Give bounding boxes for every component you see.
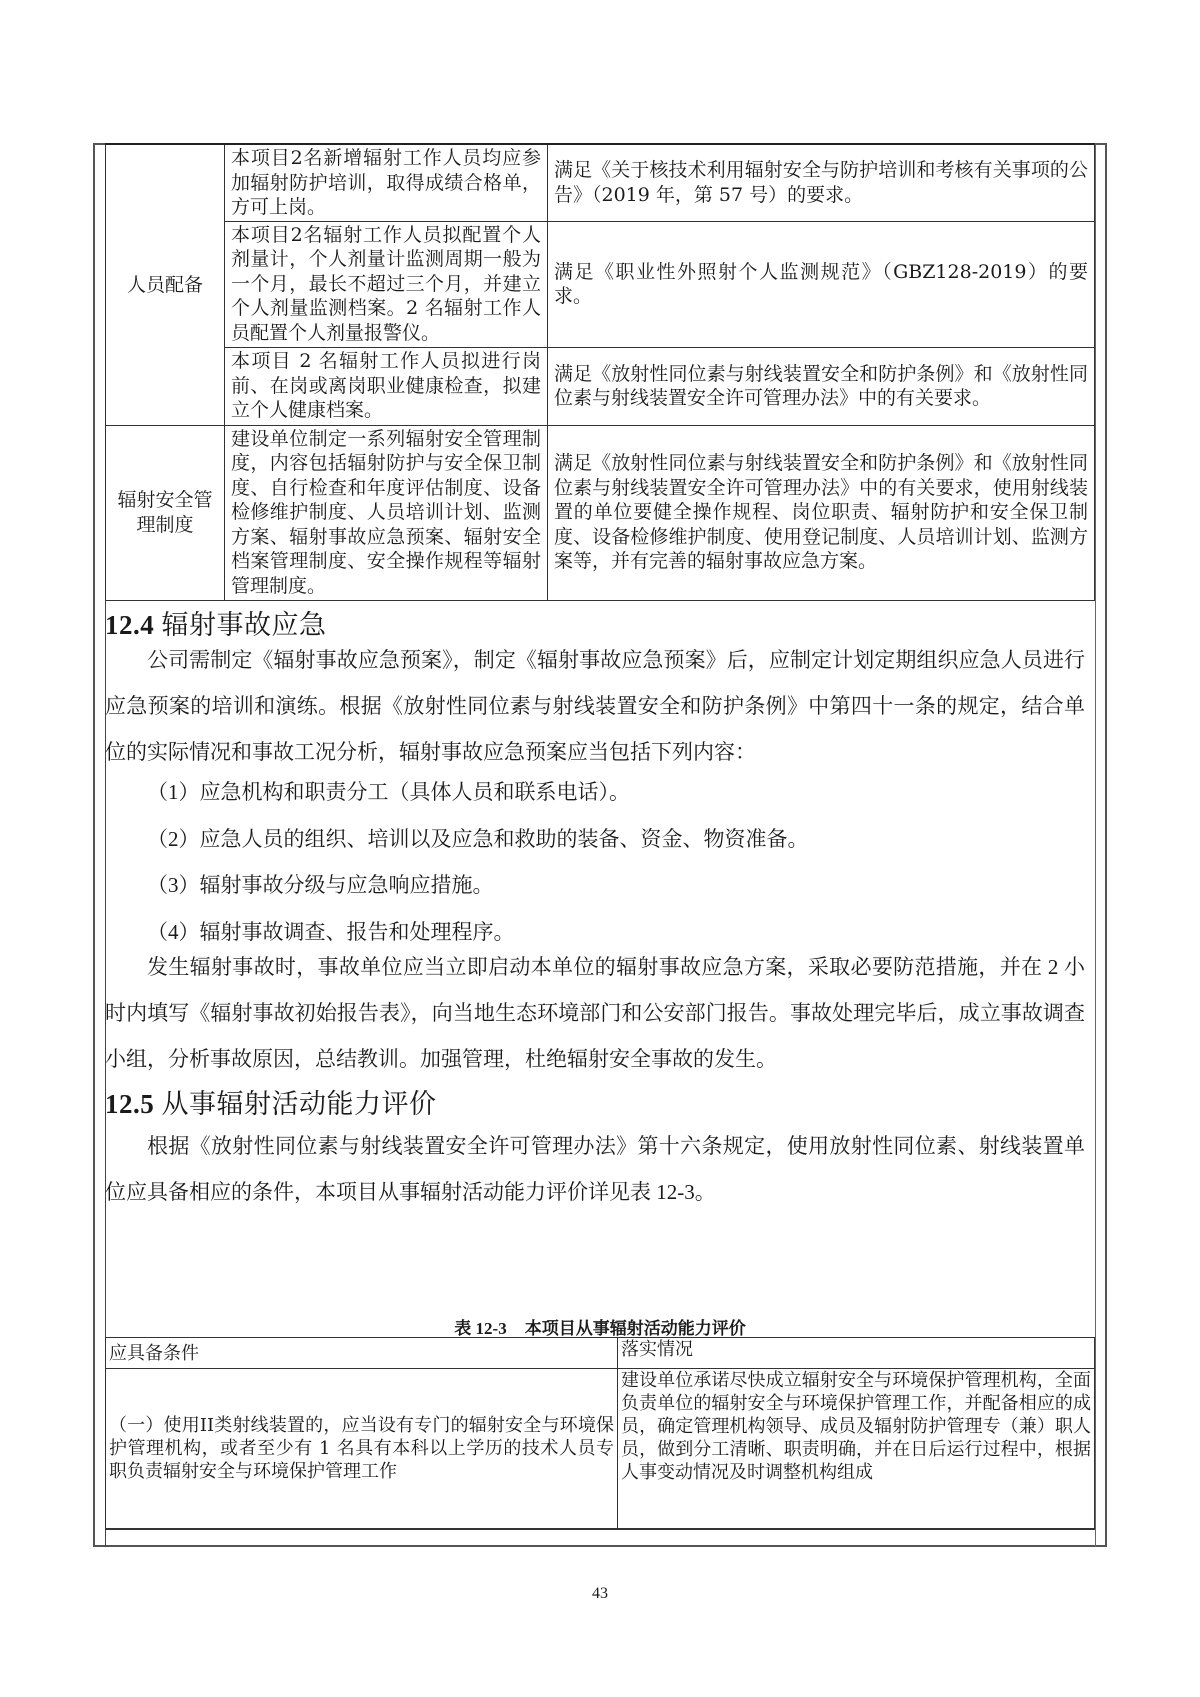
category-cell: 人员配备	[106, 144, 225, 425]
measure-cell: 建设单位制定一系列辐射安全管理制度，内容包括辐射防护与安全保卫制度、自行检查和年…	[225, 425, 548, 600]
section-number: 12.4	[105, 610, 154, 640]
column-header: 应具备条件	[106, 1338, 618, 1369]
table-caption: 表 12-3本项目从事辐射活动能力评价	[105, 1314, 1095, 1339]
table-row: 人员配备 本项目2名新增辐射工作人员均应参加辐射防护培训，取得成绩合格单，方可上…	[106, 144, 1095, 221]
section-title: 辐射事故应急	[162, 610, 327, 640]
table-row: 辐射安全管理制度 建设单位制定一系列辐射安全管理制度，内容包括辐射防护与安全保卫…	[106, 425, 1095, 600]
section-12-4-intro: 公司需制定《辐射事故应急预案》，制定《辐射事故应急预案》后，应制定计划定期组织应…	[105, 637, 1085, 775]
condition-cell: （一）使用II类射线装置的，应当设有专门的辐射安全与环境保护管理机构，或者至少有…	[106, 1369, 618, 1529]
table-caption-title: 本项目从事辐射活动能力评价	[525, 1319, 746, 1338]
table-caption-label: 表 12-3	[454, 1319, 506, 1338]
measures-table: 人员配备 本项目2名新增辐射工作人员均应参加辐射防护培训，取得成绩合格单，方可上…	[105, 143, 1095, 601]
list-item: （1）应急机构和职责分工（具体人员和联系电话）。	[147, 776, 630, 806]
section-12-5-intro: 根据《放射性同位素与射线装置安全许可管理办法》第十六条规定，使用放射性同位素、射…	[105, 1123, 1085, 1215]
section-number: 12.5	[105, 1089, 154, 1119]
measure-cell: 本项目2名新增辐射工作人员均应参加辐射防护培训，取得成绩合格单，方可上岗。	[225, 144, 548, 221]
table-header-row: 应具备条件 落实情况	[106, 1338, 1095, 1369]
list-item: （4）辐射事故调查、报告和处理程序。	[147, 916, 515, 946]
table-row: 本项目2名辐射工作人员拟配置个人剂量计，个人剂量计监测周期一般为一个月，最长不超…	[106, 221, 1095, 347]
section-12-4-closing: 发生辐射事故时，事故单位应当立即启动本单位的辐射事故应急方案，采取必要防范措施，…	[105, 944, 1085, 1082]
column-header: 落实情况	[618, 1338, 1095, 1369]
compliance-cell: 满足《关于核技术利用辐射安全与防护培训和考核有关事项的公告》（2019 年，第 …	[548, 144, 1095, 221]
section-heading-12-5: 12.5 从事辐射活动能力评价	[105, 1082, 437, 1121]
measure-cell: 本项目 2 名辐射工作人员拟进行岗前、在岗或离岗职业健康检查，拟建立个人健康档案…	[225, 347, 548, 425]
capability-table: 应具备条件 落实情况 （一）使用II类射线装置的，应当设有专门的辐射安全与环境保…	[105, 1337, 1095, 1530]
compliance-cell: 满足《职业性外照射个人监测规范》（GBZ128-2019）的要求。	[548, 221, 1095, 347]
measure-cell: 本项目2名辐射工作人员拟配置个人剂量计，个人剂量计监测周期一般为一个月，最长不超…	[225, 221, 548, 347]
implementation-cell: 建设单位承诺尽快成立辐射安全与环境保护管理机构，全面负责单位的辐射安全与环境保护…	[618, 1369, 1095, 1529]
list-item: （3）辐射事故分级与应急响应措施。	[147, 869, 494, 899]
category-cell: 辐射安全管理制度	[106, 425, 225, 600]
section-title: 从事辐射活动能力评价	[162, 1089, 437, 1119]
table-row: （一）使用II类射线装置的，应当设有专门的辐射安全与环境保护管理机构，或者至少有…	[106, 1369, 1095, 1529]
table-row: 本项目 2 名辐射工作人员拟进行岗前、在岗或离岗职业健康检查，拟建立个人健康档案…	[106, 347, 1095, 425]
list-item: （2）应急人员的组织、培训以及应急和救助的装备、资金、物资准备。	[147, 823, 809, 853]
compliance-cell: 满足《放射性同位素与射线装置安全和防护条例》和《放射性同位素与射线装置安全许可管…	[548, 425, 1095, 600]
compliance-cell: 满足《放射性同位素与射线装置安全和防护条例》和《放射性同位素与射线装置安全许可管…	[548, 347, 1095, 425]
page-number: 43	[0, 1585, 1200, 1603]
right-margin-rule	[1095, 143, 1096, 1547]
